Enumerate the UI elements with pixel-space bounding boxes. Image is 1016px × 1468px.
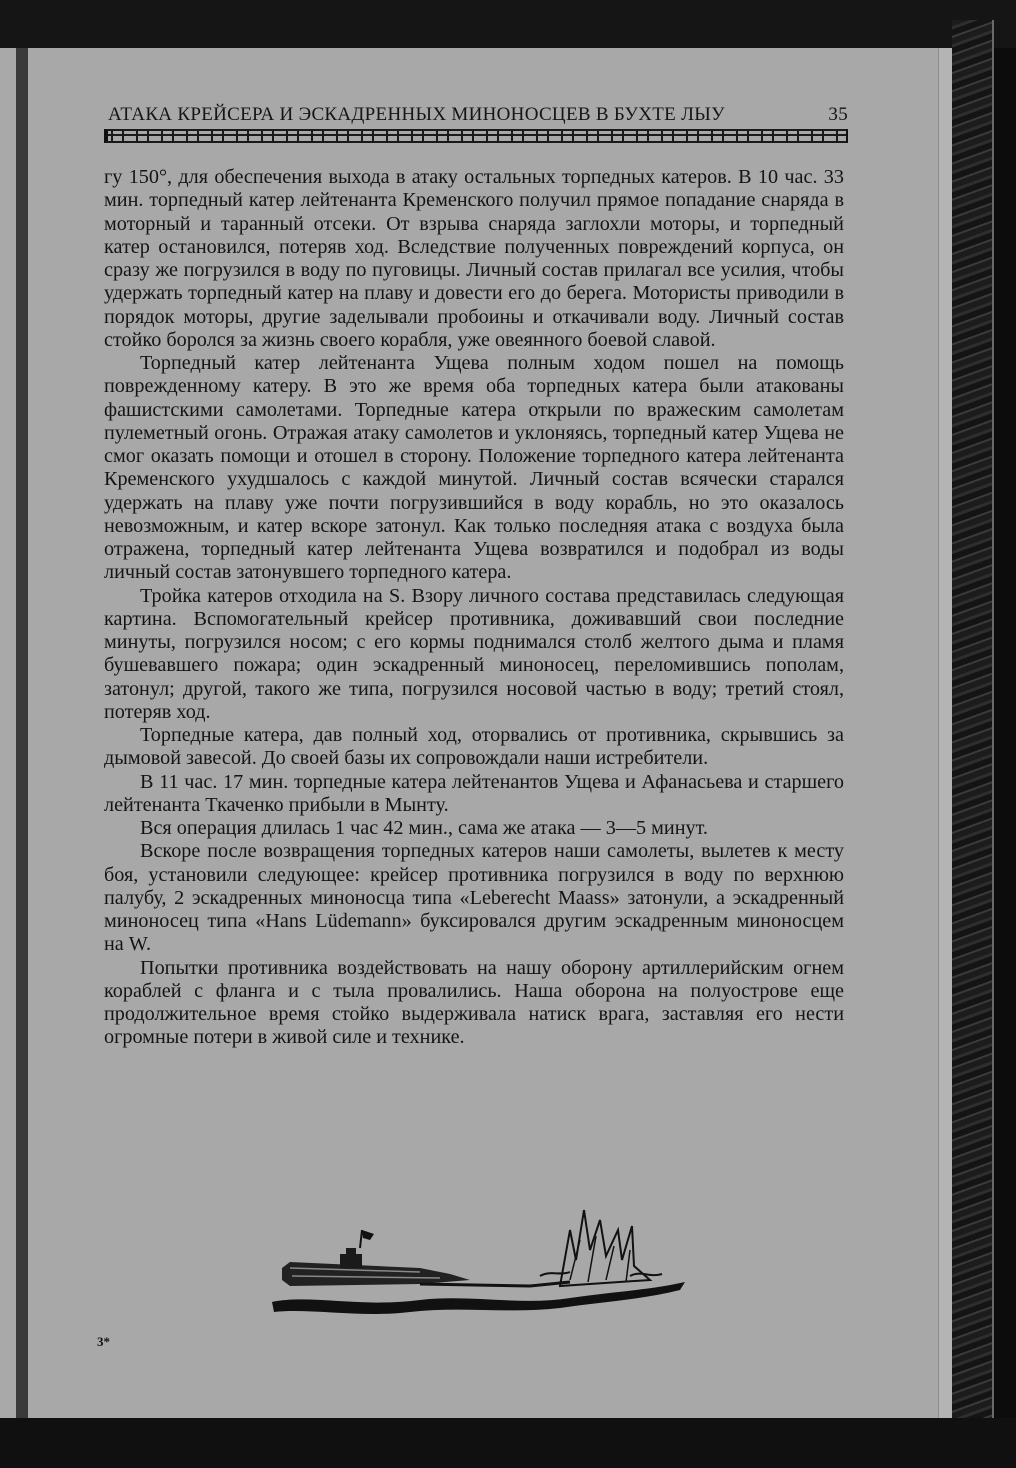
paragraph: Торпедные катера, дав полный ход, оторва… (104, 724, 844, 771)
book-gutter (16, 48, 28, 1418)
body-text: гу 150°, для обеспечения выхода в атаку … (104, 166, 844, 1050)
paragraph: Попытки противника воздействовать на наш… (104, 957, 844, 1050)
printer-signature-mark: 3* (97, 1334, 110, 1350)
previous-page-edge (0, 48, 16, 1418)
marbled-cover-edge (952, 20, 994, 1450)
page-number: 35 (828, 104, 848, 126)
paragraph: гу 150°, для обеспечения выхода в атаку … (104, 166, 844, 352)
scan-background-bottom (0, 1418, 1016, 1468)
paragraph: Торпедный катер лейтенанта Ущева полным … (104, 352, 844, 585)
paragraph: В 11 час. 17 мин. торпедные катера лейте… (104, 771, 844, 818)
paragraph: Вскоре после возвращения торпедных катер… (104, 840, 844, 956)
running-head-title: АТАКА КРЕЙСЕРА И ЭСКАДРЕННЫХ МИНОНОСЦЕВ … (108, 104, 725, 126)
torpedo-boat-explosion-illustration (270, 1190, 690, 1320)
scan-background-top (0, 0, 1016, 48)
paragraph: Вся операция длилась 1 час 42 мин., сама… (104, 817, 844, 840)
chain-ornament-divider (104, 129, 848, 143)
page-stack-edge (938, 48, 953, 1418)
paragraph: Тройка катеров отходила на S. Взору личн… (104, 585, 844, 725)
running-head: АТАКА КРЕЙСЕРА И ЭСКАДРЕННЫХ МИНОНОСЦЕВ … (108, 104, 848, 126)
